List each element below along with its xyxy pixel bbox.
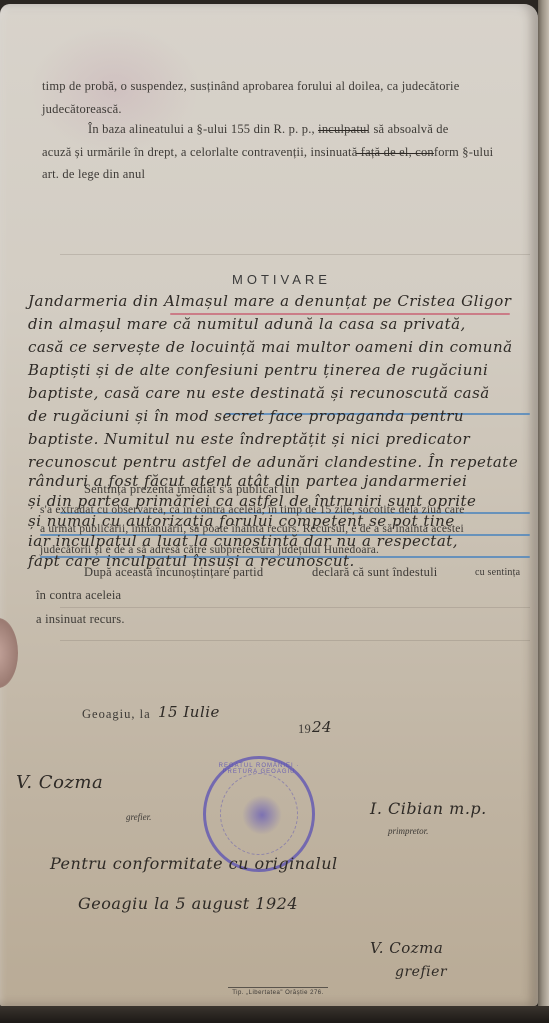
page-edge [538,0,549,1023]
handwritten-line: Baptiști și de alte confesiuni pentru ți… [28,361,488,379]
printer-footer: Tip. „Libertatea" Orăștie 276. [228,987,328,996]
year-handwritten: 24 [312,718,332,736]
printed-line-b4: judecătorii și e de a să adresă către su… [40,544,379,556]
stamp-emblem [242,795,282,835]
role-grefier: grefier. [126,812,151,822]
stamp-text: REGATUL ROMÂNIEI · PRETURA GEOAGIU [206,763,312,775]
ruled-line [60,607,530,608]
printed-line-1: timp de probă, o suspendez, susținând ap… [42,79,459,94]
ruled-line [60,254,530,255]
printed-line-b1: Sentința prezentă imediat s'a publicat l… [84,482,295,497]
certification-role: grefier [395,964,447,980]
handwritten-line: baptiste, casă care nu este destinată și… [28,384,490,402]
printed-line-b5c: cu sentința [475,567,520,578]
printed-line-3: În baza alineatului a §-ului 155 din R. … [88,122,449,137]
document-page: timp de probă, o suspendez, susținând ap… [0,4,538,1006]
certification-line-2: Geoagiu la 5 august 1924 [78,894,298,913]
ruled-line [60,640,530,641]
handwritten-date: 15 Iulie [158,703,220,721]
printed-line-b7: a insinuat recurs. [36,612,125,627]
year-printed: 19 [298,722,311,737]
printed-line-b5: După această încunoștințare partid [84,565,263,580]
handwritten-line: casă ce servește de locuință mai multor … [28,338,513,356]
handwritten-line: din almașul mare că numitul adună la cas… [28,315,466,333]
book-bottom-edge [0,1006,549,1023]
place-label: Geoagiu, la [82,707,151,722]
certification-signature: V. Cozma [370,939,443,957]
handwritten-line: recunoscut pentru astfel de adunări clan… [28,453,518,471]
signature-primpretor: I. Cibian m.p. [370,799,487,818]
printed-line-5: art. de lege din anul [42,167,145,182]
section-title: MOTIVARE [232,272,331,287]
role-primpretor: primpretor. [388,826,428,836]
printed-line-b5b: declară că sunt îndestuli [312,565,437,580]
strikethrough [356,153,434,154]
printed-line-2: judecătorească. [42,102,122,117]
strikethrough [318,130,368,131]
printed-line-b3: a urmat publicării, înmanuării, să poate… [40,523,464,535]
printed-line-b6: în contra aceleia [36,588,121,603]
signature-grefier: V. Cozma [16,772,103,793]
handwritten-line: de rugăciuni și în mod secret face propa… [28,407,464,425]
handwritten-line: Jandarmeria din Almașul mare a denunțat … [28,292,511,310]
certification-line-1: Pentru conformitate cu originalul [50,854,338,873]
handwritten-line: baptiste. Numitul nu este îndreptățit și… [28,430,470,448]
printed-line-b2: s'a extradat cu observarea, ca în contra… [40,504,465,516]
